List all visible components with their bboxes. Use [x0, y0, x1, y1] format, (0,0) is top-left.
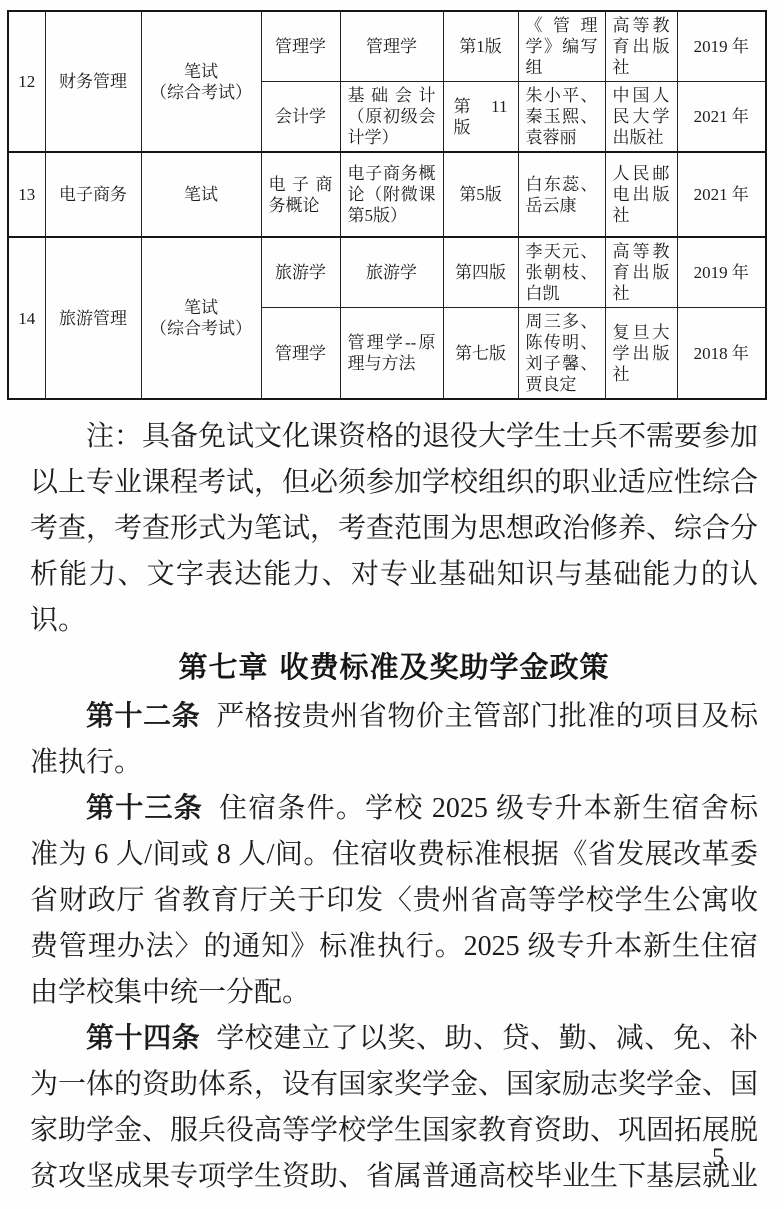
subject-text: 电子商务概论	[269, 174, 333, 216]
book-text: 旅游学	[348, 262, 436, 283]
cell-publisher: 高等教育出版社	[605, 237, 677, 308]
subject-text: 管理学	[269, 36, 333, 57]
authors-text: 白东蕊、岳云康	[526, 174, 598, 216]
authors-text: 《管理学》编写组	[526, 15, 598, 78]
cell-edition: 第四版	[443, 237, 518, 308]
year-text: 2018 年	[685, 343, 759, 364]
cell-row-number: 13	[8, 152, 45, 237]
year-text: 2021 年	[685, 184, 759, 205]
cell-subject: 旅游学	[261, 237, 340, 308]
page-number: 5	[712, 1144, 725, 1172]
authors-text: 李天元、张朝枝、白凯	[526, 241, 598, 304]
cell-book: 管理学--原理与方法	[340, 308, 443, 400]
chapter-heading: 第七章 收费标准及奖助学金政策	[30, 644, 758, 690]
publisher-text: 高等教育出版社	[613, 241, 670, 304]
cell-publisher: 高等教育出版社	[605, 11, 677, 82]
year-text: 2021 年	[685, 106, 759, 127]
table-row-14a: 14 旅游管理 笔试 （综合考试） 旅游学 旅游学 第四版 李天元、张朝枝、白凯…	[8, 237, 766, 308]
cell-row-number: 12	[8, 11, 45, 152]
cell-major: 旅游管理	[45, 237, 141, 399]
table-row-12a: 12 财务管理 笔试 （综合考试） 管理学 管理学 第1版 《管理学》编写组 高…	[8, 11, 766, 82]
row-number-text: 14	[16, 308, 38, 329]
textbook-table: 12 财务管理 笔试 （综合考试） 管理学 管理学 第1版 《管理学》编写组 高…	[7, 10, 767, 400]
publisher-text: 高等教育出版社	[613, 15, 670, 78]
cell-edition: 第 11版	[443, 82, 518, 153]
cell-book: 电子商务概论（附微课第5版）	[340, 152, 443, 237]
article-14-lead: 第十四条	[86, 1023, 200, 1054]
book-text: 基础会计（原初级会计学）	[348, 85, 436, 148]
cell-authors: 周三多、陈传明、刘子馨、贾良定	[518, 308, 605, 400]
article-14: 第十四条学校建立了以奖、助、贷、勤、减、免、补为一体的资助体系，设有国家奖学金、…	[30, 1016, 758, 1200]
publisher-text: 复旦大学出版社	[613, 322, 670, 385]
body-text: 注：具备免试文化课资格的退役大学生士兵不需要参加以上专业课程考试，但必须参加学校…	[30, 414, 758, 1200]
subject-text: 管理学	[269, 343, 333, 364]
publisher-text: 人民邮电出版社	[613, 163, 670, 226]
cell-authors: 朱小平、秦玉熙、袁蓉丽	[518, 82, 605, 153]
exam-form-text: 笔试 （综合考试）	[149, 61, 254, 103]
authors-text: 朱小平、秦玉熙、袁蓉丽	[526, 85, 598, 148]
year-text: 2019 年	[685, 36, 759, 57]
cell-subject: 管理学	[261, 308, 340, 400]
cell-book: 基础会计（原初级会计学）	[340, 82, 443, 153]
cell-year: 2019 年	[677, 237, 766, 308]
subject-text: 会计学	[269, 106, 333, 127]
publisher-text: 中国人民大学出版社	[613, 85, 670, 148]
cell-major: 财务管理	[45, 11, 141, 152]
book-text: 管理学--原理与方法	[348, 332, 436, 374]
book-text: 管理学	[348, 36, 436, 57]
article-13: 第十三条住宿条件。学校 2025 级专升本新生宿舍标准为 6 人/间或 8 人/…	[30, 786, 758, 1016]
cell-publisher: 复旦大学出版社	[605, 308, 677, 400]
cell-authors: 《管理学》编写组	[518, 11, 605, 82]
cell-authors: 李天元、张朝枝、白凯	[518, 237, 605, 308]
major-text: 电子商务	[53, 184, 134, 205]
article-13-text: 住宿条件。学校 2025 级专升本新生宿舍标准为 6 人/间或 8 人/间。住宿…	[30, 793, 758, 1008]
cell-publisher: 人民邮电出版社	[605, 152, 677, 237]
cell-major: 电子商务	[45, 152, 141, 237]
cell-row-number: 14	[8, 237, 45, 399]
cell-year: 2018 年	[677, 308, 766, 400]
cell-edition: 第1版	[443, 11, 518, 82]
cell-exam-form: 笔试 （综合考试）	[141, 11, 261, 152]
cell-year: 2019 年	[677, 11, 766, 82]
row-number-text: 12	[16, 71, 38, 92]
article-12-lead: 第十二条	[86, 701, 200, 732]
cell-subject: 管理学	[261, 11, 340, 82]
cell-edition: 第5版	[443, 152, 518, 237]
edition-text: 第七版	[454, 343, 508, 364]
authors-text: 周三多、陈传明、刘子馨、贾良定	[526, 311, 598, 395]
edition-text: 第 11版	[454, 96, 508, 138]
edition-text: 第四版	[454, 262, 508, 283]
cell-exam-form: 笔试 （综合考试）	[141, 237, 261, 399]
cell-book: 旅游学	[340, 237, 443, 308]
cell-authors: 白东蕊、岳云康	[518, 152, 605, 237]
cell-year: 2021 年	[677, 152, 766, 237]
note-text: 注：具备免试文化课资格的退役大学生士兵不需要参加以上专业课程考试，但必须参加学校…	[30, 421, 758, 636]
subject-text: 旅游学	[269, 262, 333, 283]
major-text: 财务管理	[53, 71, 134, 92]
cell-year: 2021 年	[677, 82, 766, 153]
document-page: 12 财务管理 笔试 （综合考试） 管理学 管理学 第1版 《管理学》编写组 高…	[0, 10, 784, 1200]
exam-form-text: 笔试	[149, 184, 254, 205]
book-text: 电子商务概论（附微课第5版）	[348, 163, 436, 226]
article-13-lead: 第十三条	[86, 793, 203, 824]
article-12: 第十二条严格按贵州省物价主管部门批准的项目及标准执行。	[30, 694, 758, 786]
row-number-text: 13	[16, 184, 38, 205]
year-text: 2019 年	[685, 262, 759, 283]
major-text: 旅游管理	[53, 308, 134, 329]
cell-subject: 会计学	[261, 82, 340, 153]
cell-edition: 第七版	[443, 308, 518, 400]
cell-subject: 电子商务概论	[261, 152, 340, 237]
edition-text: 第1版	[454, 36, 508, 57]
cell-book: 管理学	[340, 11, 443, 82]
cell-publisher: 中国人民大学出版社	[605, 82, 677, 153]
note-paragraph: 注：具备免试文化课资格的退役大学生士兵不需要参加以上专业课程考试，但必须参加学校…	[30, 414, 758, 644]
edition-text: 第5版	[454, 184, 508, 205]
table-row-13: 13 电子商务 笔试 电子商务概论 电子商务概论（附微课第5版） 第5版 白东蕊…	[8, 152, 766, 237]
exam-form-text: 笔试 （综合考试）	[149, 297, 254, 339]
cell-exam-form: 笔试	[141, 152, 261, 237]
